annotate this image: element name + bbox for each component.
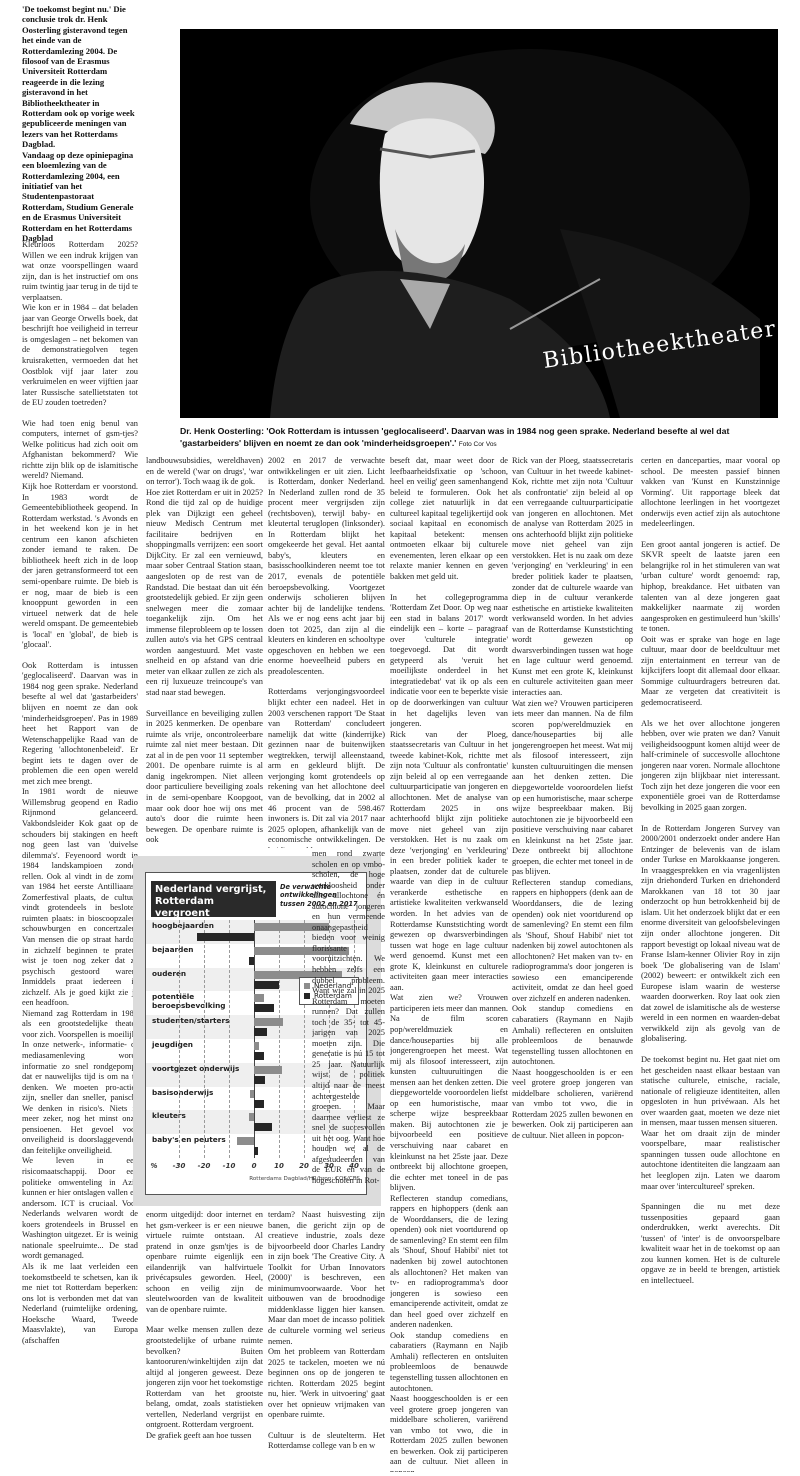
paragraph: Ook Rotterdam is intussen 'geglocaliseer… — [22, 661, 138, 788]
article-column-3-narrow: men rond zwarte scholen en op vmbo-schol… — [312, 849, 385, 1211]
paragraph: Reflecteren standup comedians, rappers e… — [390, 1194, 508, 1331]
paragraph: Surveillance en beveiliging zullen in 20… — [146, 709, 263, 846]
category-label: voortgezet onderwijs — [152, 1065, 247, 1073]
article-column-4b: Rick van der Ploeg, staatssecretaris van… — [512, 456, 633, 1472]
paragraph: Cultuur is de sleutelterm. Het Rotterdam… — [268, 1431, 385, 1452]
article-column-2-bottom: enorm uitgedijd: door internet en het gs… — [146, 1210, 263, 1472]
paragraph: Wie kon er in 1984 – dat beladen jaar va… — [22, 303, 138, 408]
paragraph: Een groot aantal jongeren is actief. De … — [641, 540, 780, 635]
category-label: studenten/starters — [152, 1017, 247, 1025]
chart-title: Nederland vergrijst, Rotterdam vergroent — [151, 881, 276, 917]
speaker-silhouette-icon — [180, 29, 778, 418]
photo-credit: Foto Cor Vos — [459, 441, 497, 448]
paragraph: Naast hooggeschoolden is er een veel gro… — [512, 1068, 633, 1142]
bar-nederland — [237, 1137, 255, 1145]
paragraph: Niemand zag Rotterdam in 1984 als een gr… — [22, 1009, 138, 1157]
category-label: jeugdigen — [152, 1041, 247, 1049]
paragraph: Wat zien we? Vrouwen participeren iets m… — [512, 699, 633, 878]
zero-axis-line — [254, 920, 255, 1158]
bar-rotterdam — [254, 1147, 258, 1155]
paragraph: Wie had toen enig benul van computers, i… — [22, 419, 138, 482]
paragraph: Reflecteren standup comedians, rappers e… — [512, 878, 633, 1005]
gridline — [229, 920, 230, 1158]
bar-rotterdam — [254, 1052, 264, 1060]
paragraph: Om het probleem van Rotterdam 2025 te ta… — [268, 1347, 385, 1421]
category-label: bejaarden — [152, 946, 247, 954]
x-tick-label: 0 — [252, 1162, 257, 1170]
article-column-1: Kleurloos Rotterdam 2025? Willen we een … — [22, 240, 138, 1472]
x-tick-label: % — [150, 1162, 157, 1170]
paragraph: De toekomst begint nu. Het gaat niet om … — [641, 1055, 780, 1129]
category-label: hoogbejaarden — [152, 922, 247, 930]
caption-text: Dr. Henk Oosterling: 'Ook Rotterdam is i… — [180, 426, 729, 448]
paragraph: men rond zwarte scholen en op vmbo-schol… — [312, 849, 385, 1187]
bar-rotterdam — [197, 933, 255, 941]
bar-nederland — [249, 1113, 254, 1121]
speaker-photo: Bibliotheektheater — [180, 29, 778, 418]
paragraph: certen en danceparties, maar vooral op s… — [641, 456, 780, 530]
paragraph: 2002 en 2017 de verwachte ontwikkelingen… — [268, 456, 385, 677]
x-tick-label: -10 — [223, 1162, 236, 1170]
paragraph: Wat zien we? Vrouwen participeren iets m… — [390, 993, 508, 1193]
paragraph: Als we het over allochtone jongeren hebb… — [641, 719, 780, 814]
paragraph: enorm uitgedijd: door internet en het gs… — [146, 1210, 263, 1315]
article-column-2-top: landbouwsubsidies, wereldhaven) en de we… — [146, 456, 263, 846]
article-intro: 'De toekomst begint nu.' Die conclusie t… — [22, 4, 138, 243]
paragraph: beseft dat, maar weet door de leefbaarhe… — [390, 456, 508, 583]
category-label: ouderen — [152, 970, 247, 978]
x-tick-label: -30 — [173, 1162, 186, 1170]
gridline — [204, 920, 205, 1158]
article-column-3-bottom: terdam? Naast huisvesting zijn banen, di… — [268, 1210, 385, 1472]
paragraph: Naast hooggeschoolden is er een veel gro… — [390, 1394, 508, 1472]
article-column-4: beseft dat, maar weet door de leefbaarhe… — [390, 456, 508, 1472]
bar-nederland — [254, 994, 264, 1002]
paragraph: Ook standup comediens en cabaratiers (Ra… — [512, 1004, 633, 1067]
paragraph: Kijk hoe Rotterdam er voorstond. In 1983… — [22, 482, 138, 651]
paragraph: Ooit was er sprake van hoge en lage cult… — [641, 635, 780, 709]
paragraph: De grafiek geeft aan hoe tussen — [146, 1431, 263, 1442]
paragraph: Rick van der Ploeg, staatssecretaris van… — [512, 456, 633, 699]
bar-rotterdam — [249, 957, 254, 965]
paragraph: Rotterdams verjongingsvoordeel blijkt ec… — [268, 687, 385, 848]
paragraph: Spanningen die nu met deze tussenpositie… — [641, 1202, 780, 1286]
bar-nederland — [250, 1090, 254, 1098]
bar-nederland — [254, 1042, 259, 1050]
paragraph: landbouwsubsidies, wereldhaven) en de we… — [146, 456, 263, 488]
paragraph: In het collegeprogramma 'Rotterdam Zet D… — [390, 593, 508, 730]
intro-paragraph: Vandaag op deze opiniepagina een bloemle… — [22, 150, 138, 244]
category-label: potentiële beroepsbevolking — [152, 993, 247, 1010]
paragraph: Rick van der Ploeg, staatssecretaris van… — [390, 730, 508, 994]
paragraph: Als ik me laat verleiden een toekomstbee… — [22, 1262, 138, 1346]
gridline — [179, 920, 180, 1158]
bar-rotterdam — [254, 1100, 264, 1108]
paragraph: Kleurloos Rotterdam 2025? Willen we een … — [22, 240, 138, 303]
article-column-3-top: 2002 en 2017 de verwachte ontwikkelingen… — [268, 456, 385, 848]
paragraph: We leven in een risicomaatschappij. Door… — [22, 1156, 138, 1261]
article-column-5: certen en danceparties, maar vooral op s… — [641, 456, 780, 1472]
intro-paragraph: 'De toekomst begint nu.' Die conclusie t… — [22, 4, 138, 150]
paragraph: Ook standup comediens en cabaratiers (Ra… — [390, 1331, 508, 1394]
photo-caption: Dr. Henk Oosterling: 'Ook Rotterdam is i… — [180, 426, 780, 450]
paragraph: In de Rotterdam Jongeren Survey van 2000… — [641, 824, 780, 1045]
category-label: baby's en peuters — [152, 1136, 247, 1144]
paragraph: In 1981 wordt de nieuwe Willemsbrug geop… — [22, 787, 138, 1008]
bar-rotterdam — [254, 1028, 267, 1036]
paragraph: Hoe ziet Rotterdam er uit in 2025? Rond … — [146, 488, 263, 699]
paragraph: terdam? Naast huisvesting zijn banen, di… — [268, 1210, 385, 1347]
category-label: kleuters — [152, 1112, 247, 1120]
paragraph: Maar welke mensen zullen deze grootstede… — [146, 1325, 263, 1430]
paragraph: Waar het om draait zijn de minder voorsp… — [641, 1129, 780, 1192]
category-label: basisonderwijs — [152, 1089, 247, 1097]
x-tick-label: -20 — [198, 1162, 211, 1170]
bar-rotterdam — [254, 1076, 265, 1084]
